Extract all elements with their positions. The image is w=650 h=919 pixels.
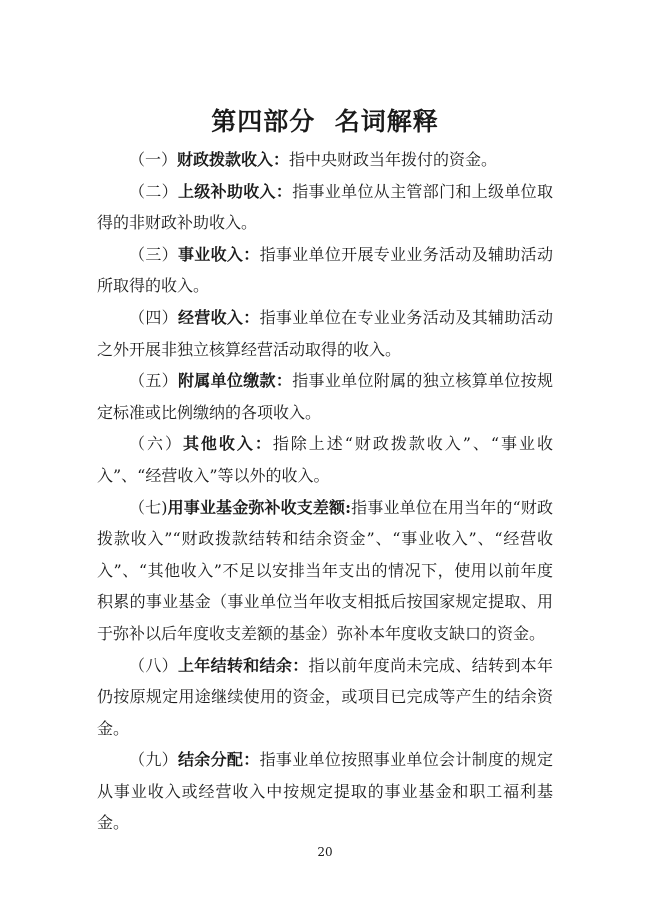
item-term: 附属单位缴款： [178,371,292,390]
item-label: （九） [129,750,178,769]
glossary-item: （六）其他收入：指除上述“财政拨款收入”、“事业收入”、“经营收入”等以外的收入… [97,428,553,491]
item-definition: 指事业单位在用当年的“财政拨款收入”“财政拨款结转和结余资金”、“事业收入”、“… [97,498,553,643]
item-definition: 指中央财政当年拨付的资金。 [289,150,497,169]
item-term: 用事业基金弥补收支差额: [168,498,352,517]
glossary-item: （四）经营收入：指事业单位在专业业务活动及其辅助活动之外开展非独立核算经营活动取… [97,302,553,365]
item-term: 经营收入： [178,308,260,327]
item-label: （六） [129,434,183,453]
glossary-item: （三）事业收入：指事业单位开展专业业务活动及辅助活动所取得的收入。 [97,239,553,302]
glossary-content: （一）财政拨款收入：指中央财政当年拨付的资金。 （二）上级补助收入：指事业单位从… [97,144,553,839]
item-term: 其他收入： [183,434,273,453]
glossary-item: （八）上年结转和结余：指以前年度尚未完成、结转到本年仍按原规定用途继续使用的资金… [97,650,553,745]
glossary-item: （五）附属单位缴款：指事业单位附属的独立核算单位按规定标准或比例缴纳的各项收入。 [97,365,553,428]
glossary-item: （九）结余分配：指事业单位按照事业单位会计制度的规定从事业收入或经营收入中按规定… [97,744,553,839]
glossary-item: （一）财政拨款收入：指中央财政当年拨付的资金。 [97,144,553,176]
item-term: 上年结转和结余： [178,656,309,675]
glossary-item: （七)用事业基金弥补收支差额:指事业单位在用当年的“财政拨款收入”“财政拨款结转… [97,492,553,650]
document-page: 第四部分 名词解释 （一）财政拨款收入：指中央财政当年拨付的资金。 （二）上级补… [0,0,650,919]
item-label: （一） [129,150,177,169]
item-term: 财政拨款收入： [177,150,289,169]
item-label: （五） [129,371,178,390]
page-number: 20 [0,845,650,859]
item-label: （三） [129,245,178,264]
item-label: （八） [129,656,178,675]
item-term: 事业收入： [178,245,260,264]
item-term: 结余分配： [178,750,260,769]
item-label: （四） [129,308,178,327]
item-term: 上级补助收入： [178,182,292,201]
section-title: 第四部分 名词解释 [0,107,650,137]
item-label: （二） [129,182,178,201]
item-label: （七) [129,498,168,517]
glossary-item: （二）上级补助收入：指事业单位从主管部门和上级单位取得的非财政补助收入。 [97,176,553,239]
